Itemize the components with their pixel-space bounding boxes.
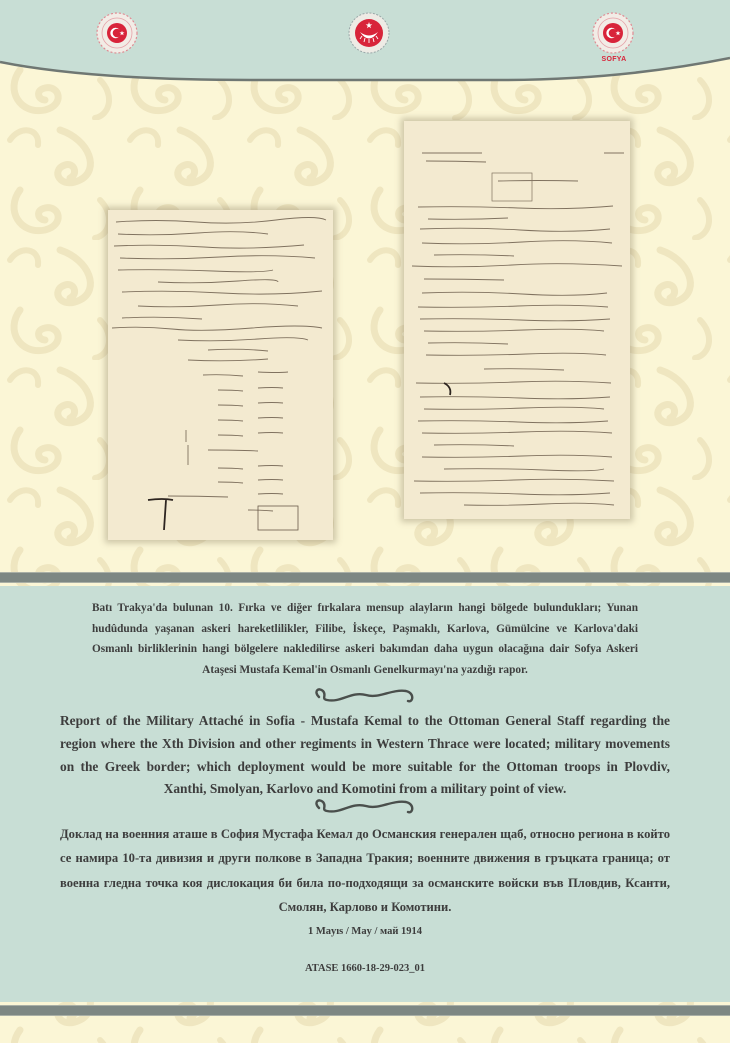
archive-reference: ATASE 1660-18-29-023_01	[0, 963, 730, 974]
caption-turkish: Batı Trakya'da bulunan 10. Fırka ve diğe…	[92, 598, 638, 680]
embassy-emblem-icon	[591, 11, 635, 55]
ministry-emblem-icon	[347, 11, 391, 55]
manuscript-page-1	[108, 210, 333, 540]
divider-band-top	[0, 572, 730, 583]
flourish-divider-icon	[311, 796, 419, 820]
divider-band-bottom	[0, 1005, 730, 1016]
flourish-divider-icon	[311, 685, 419, 709]
header-banner: SOFYA	[0, 0, 730, 82]
manuscript-page-2	[404, 121, 630, 519]
embassy-label: SOFYA	[593, 56, 635, 63]
caption-english: Report of the Military Attaché in Sofia …	[60, 710, 670, 801]
caption-bulgarian: Доклад на военния аташе в София Мустафа …	[60, 822, 670, 919]
document-date: 1 Mayıs / May / май 1914	[0, 926, 730, 937]
republic-emblem-icon	[95, 11, 139, 55]
